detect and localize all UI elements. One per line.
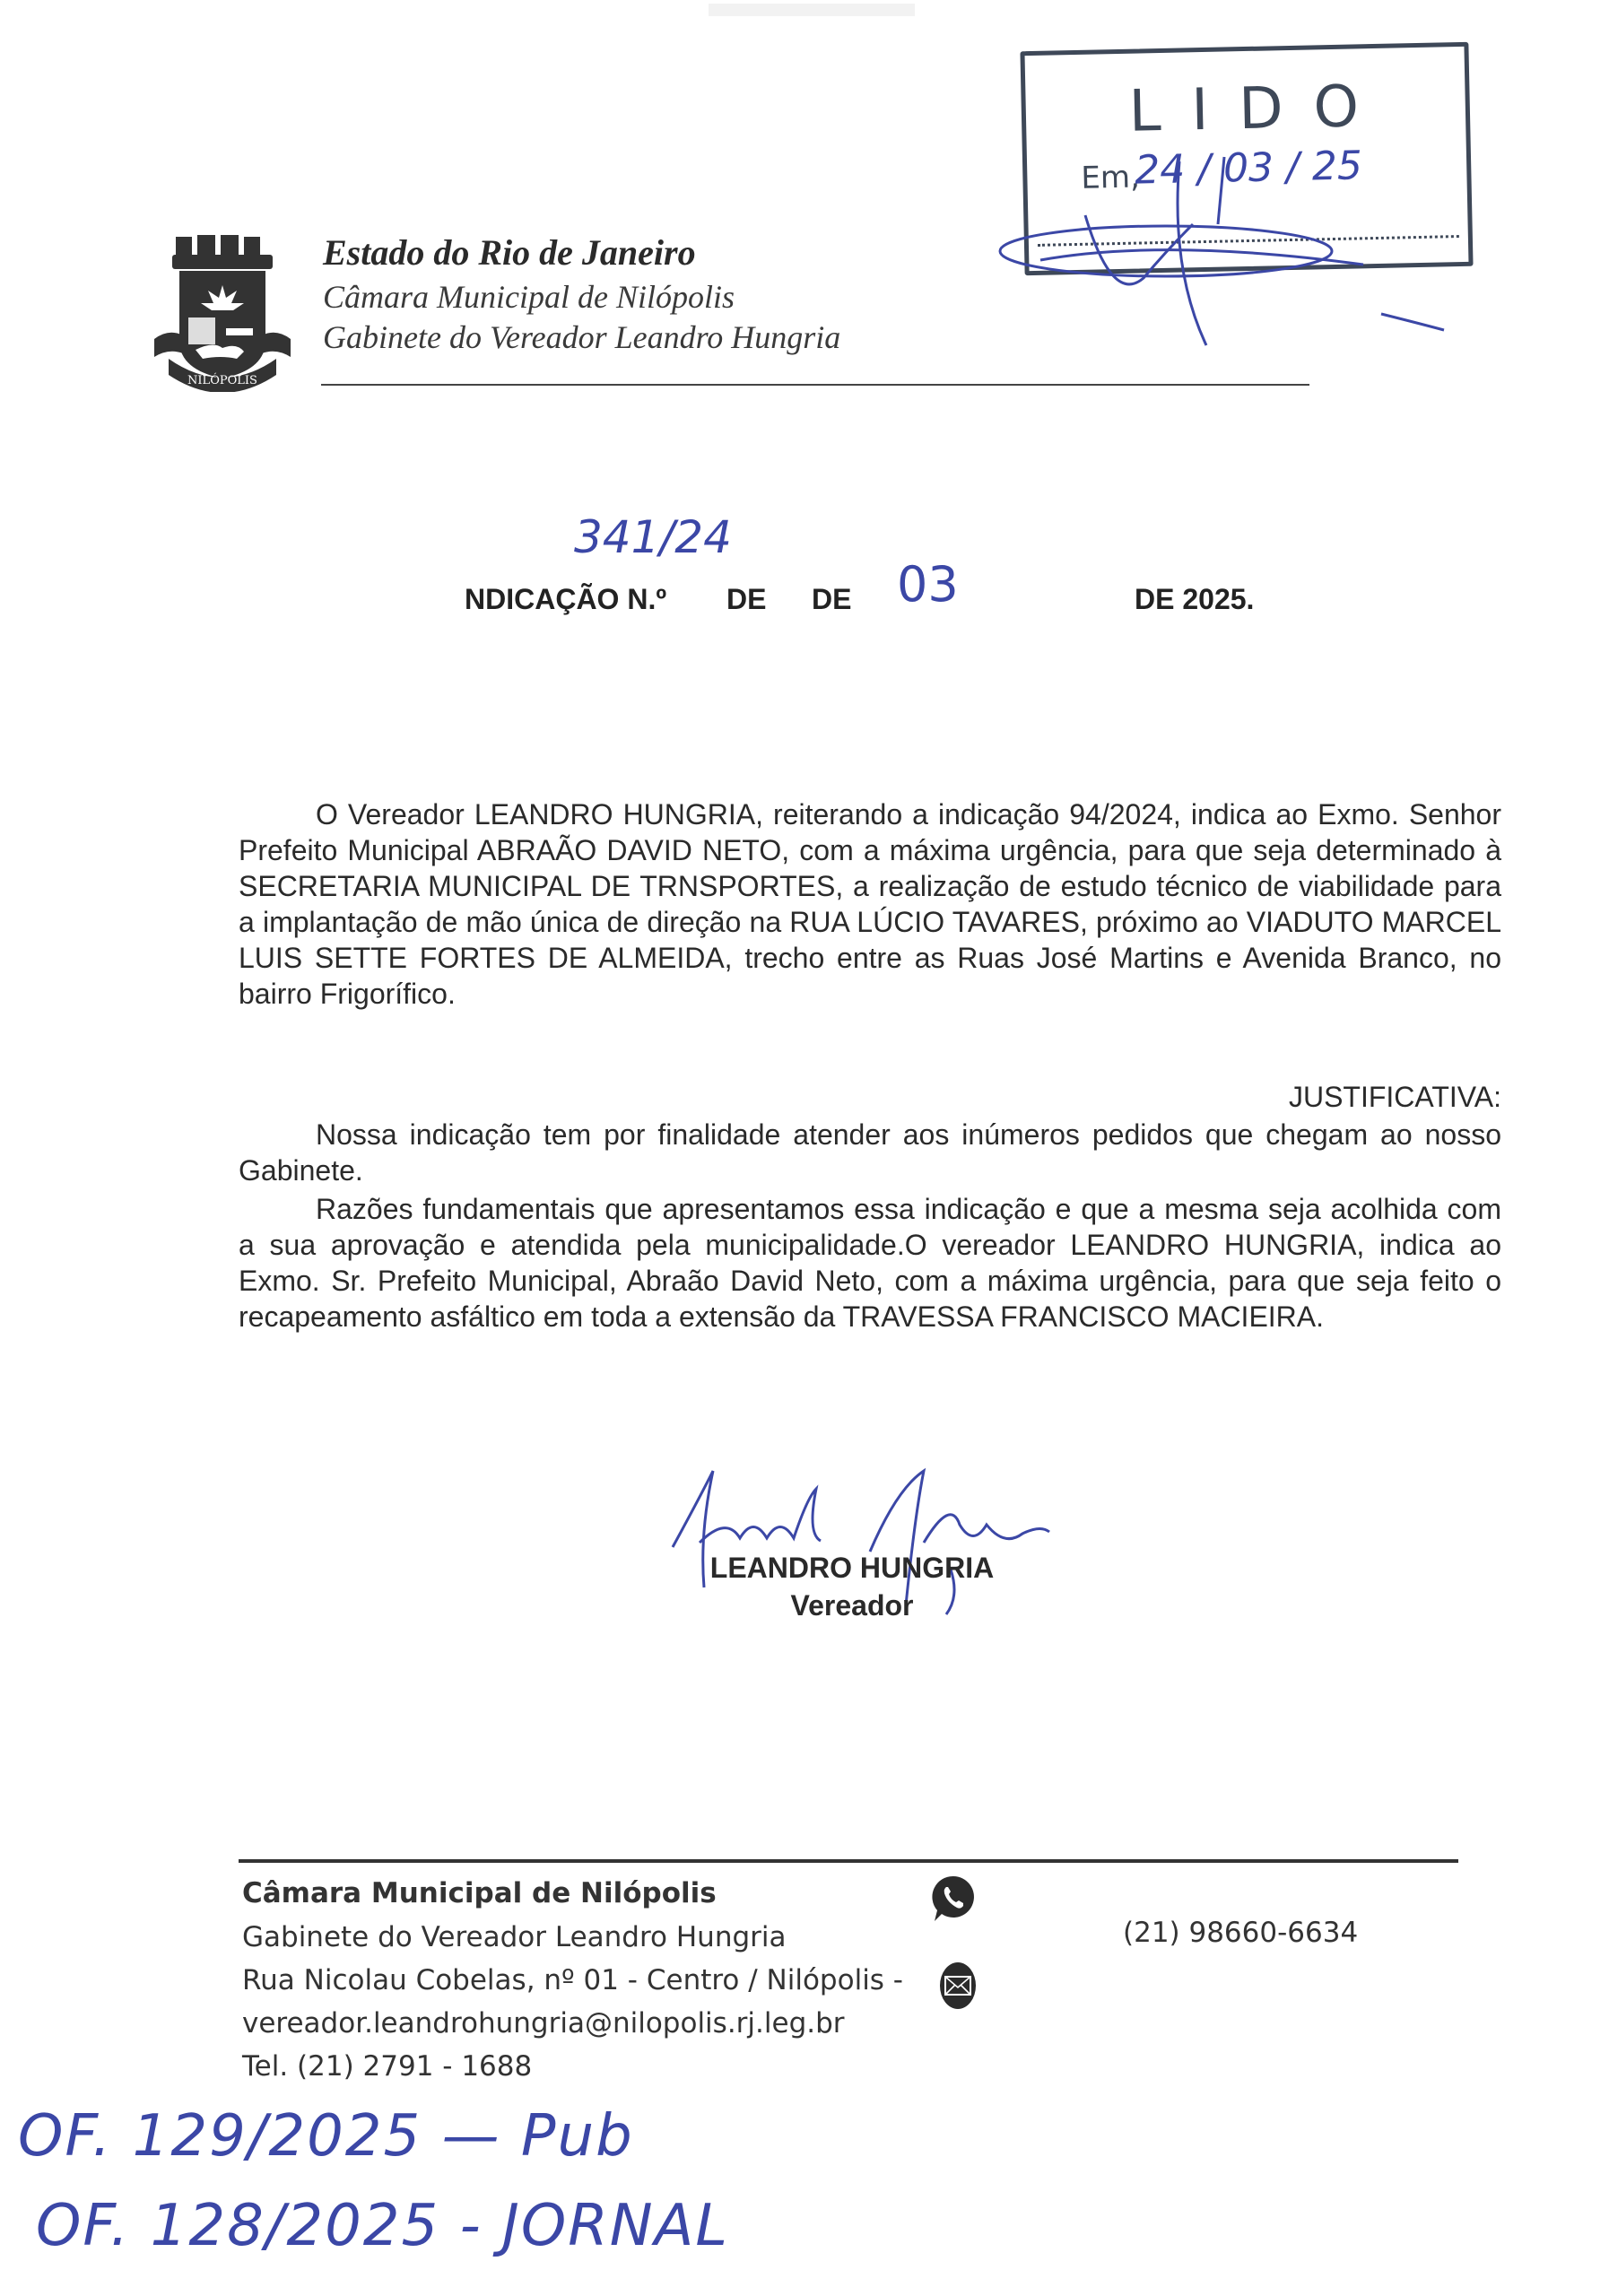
- paragraph-text: Nossa indicação tem por finalidade atend…: [239, 1117, 1501, 1188]
- signer-role: Vereador: [682, 1589, 1022, 1622]
- justification-paragraph-2: Razões fundamentais que apresentamos ess…: [239, 1191, 1501, 1335]
- handwritten-indication-number: 341/24: [574, 511, 732, 563]
- paragraph-text: O Vereador LEANDRO HUNGRIA, reiterando a…: [239, 796, 1501, 1012]
- indication-paragraph: O Vereador LEANDRO HUNGRIA, reiterando a…: [239, 796, 1501, 1012]
- handwritten-month: 03: [897, 556, 959, 613]
- letterhead-divider: [321, 384, 1309, 386]
- justification-paragraph-1: Nossa indicação tem por finalidade atend…: [239, 1117, 1501, 1188]
- footer-office: Gabinete do Vereador Leandro Hungria: [242, 1921, 787, 1953]
- footer-divider: [239, 1859, 1458, 1863]
- footer-org: Câmara Municipal de Nilópolis: [242, 1877, 717, 1909]
- letterhead-state: Estado do Rio de Janeiro: [323, 231, 696, 274]
- svg-text:NILÓPOLIS: NILÓPOLIS: [187, 372, 257, 387]
- justification-heading: JUSTIFICATIVA:: [239, 1081, 1501, 1114]
- whatsapp-icon: [931, 1874, 976, 1923]
- paragraph-text: Razões fundamentais que apresentamos ess…: [239, 1191, 1501, 1335]
- indication-title: NDICAÇÃO N.º: [465, 583, 666, 616]
- signer-name: LEANDRO HUNGRIA: [682, 1552, 1022, 1585]
- handwritten-note-2: OF. 128/2025 - JORNAL: [36, 2193, 729, 2259]
- footer-telephone: Tel. (21) 2791 - 1688: [242, 2050, 532, 2083]
- indication-de-1: DE: [726, 583, 766, 616]
- envelope-icon: [940, 1961, 976, 2010]
- indication-year: DE 2025.: [1135, 583, 1254, 616]
- indication-de-2: DE: [812, 583, 851, 616]
- footer-email[interactable]: vereador.leandrohungria@nilopolis.rj.leg…: [242, 2007, 845, 2039]
- stamp-signature-scribble: [987, 135, 1489, 359]
- footer-address: Rua Nicolau Cobelas, nº 01 - Centro / Ni…: [242, 1964, 903, 1996]
- municipal-crest-icon: NILÓPOLIS: [151, 235, 294, 392]
- scan-artifact: [709, 4, 915, 16]
- footer-whatsapp-number: (21) 98660-6634: [1123, 1917, 1358, 1949]
- handwritten-note-1: OF. 129/2025 — Pub: [18, 2103, 634, 2170]
- letterhead-chamber: Câmara Municipal de Nilópolis: [323, 278, 735, 316]
- letterhead-office: Gabinete do Vereador Leandro Hungria: [323, 318, 840, 356]
